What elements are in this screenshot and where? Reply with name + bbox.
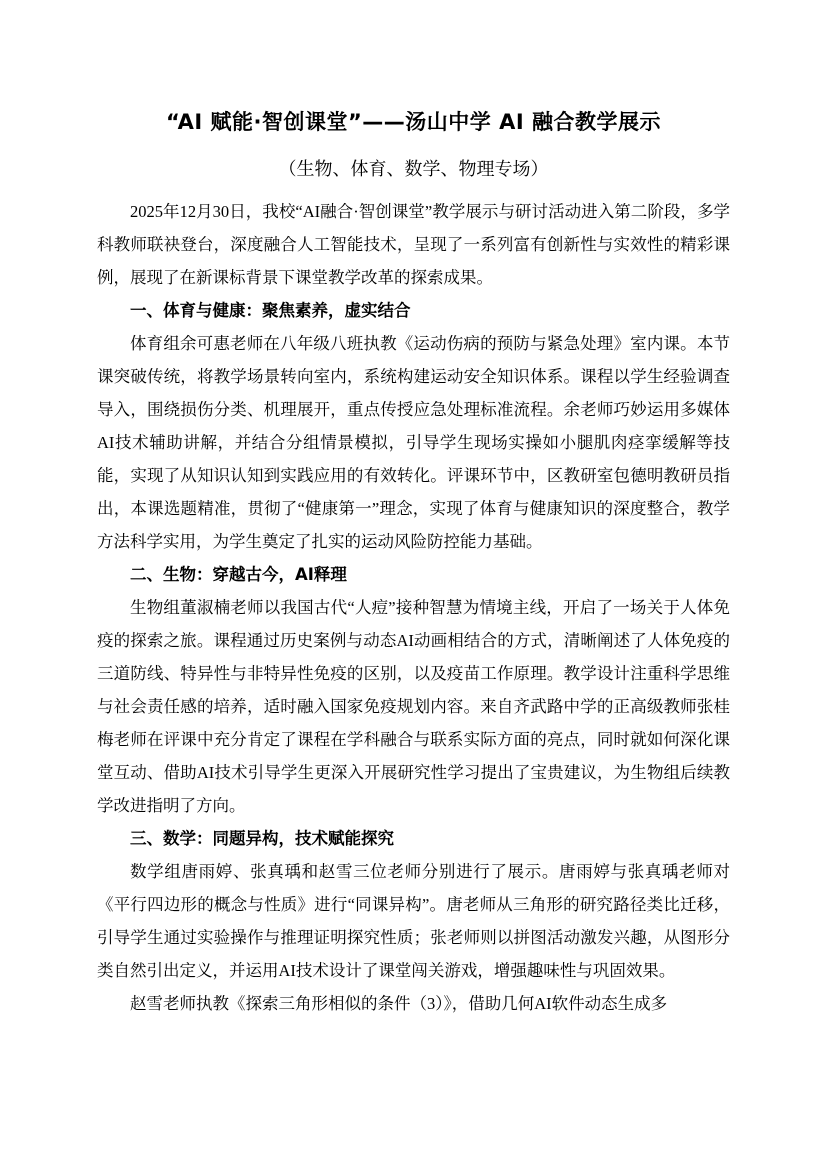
paragraph-math-continued: 赵雪老师执教《探索三角形相似的条件（3）》，借助几何AI软件动态生成多: [97, 987, 730, 1020]
section-heading-sports: 一、体育与健康：聚焦素养，虚实结合: [97, 294, 730, 327]
paragraph-sports: 体育组余可惠老师在八年级八班执教《运动伤病的预防与紧急处理》室内课。本节课突破传…: [97, 327, 730, 558]
paragraph-math: 数学组唐雨婷、张真瑀和赵雪三位老师分别进行了展示。唐雨婷与张真瑀老师对《平行四边…: [97, 855, 730, 987]
document-subtitle: （生物、体育、数学、物理专场）: [97, 154, 730, 184]
section-heading-biology: 二、生物：穿越古今，AI释理: [97, 558, 730, 591]
paragraph-intro: 2025年12月30日，我校“AI融合·智创课堂”教学展示与研讨活动进入第二阶段…: [97, 195, 730, 294]
document-page: “AI 赋能·智创课堂”——汤山中学 AI 融合教学展示 （生物、体育、数学、物…: [0, 0, 827, 1170]
paragraph-biology: 生物组董淑楠老师以我国古代“人痘”接种智慧为情境主线，开启了一场关于人体免疫的探…: [97, 591, 730, 822]
document-title: “AI 赋能·智创课堂”——汤山中学 AI 融合教学展示: [97, 106, 730, 138]
section-heading-math: 三、数学：同题异构，技术赋能探究: [97, 822, 730, 855]
document-content: “AI 赋能·智创课堂”——汤山中学 AI 融合教学展示 （生物、体育、数学、物…: [97, 106, 730, 1020]
document-body: 2025年12月30日，我校“AI融合·智创课堂”教学展示与研讨活动进入第二阶段…: [97, 195, 730, 1020]
